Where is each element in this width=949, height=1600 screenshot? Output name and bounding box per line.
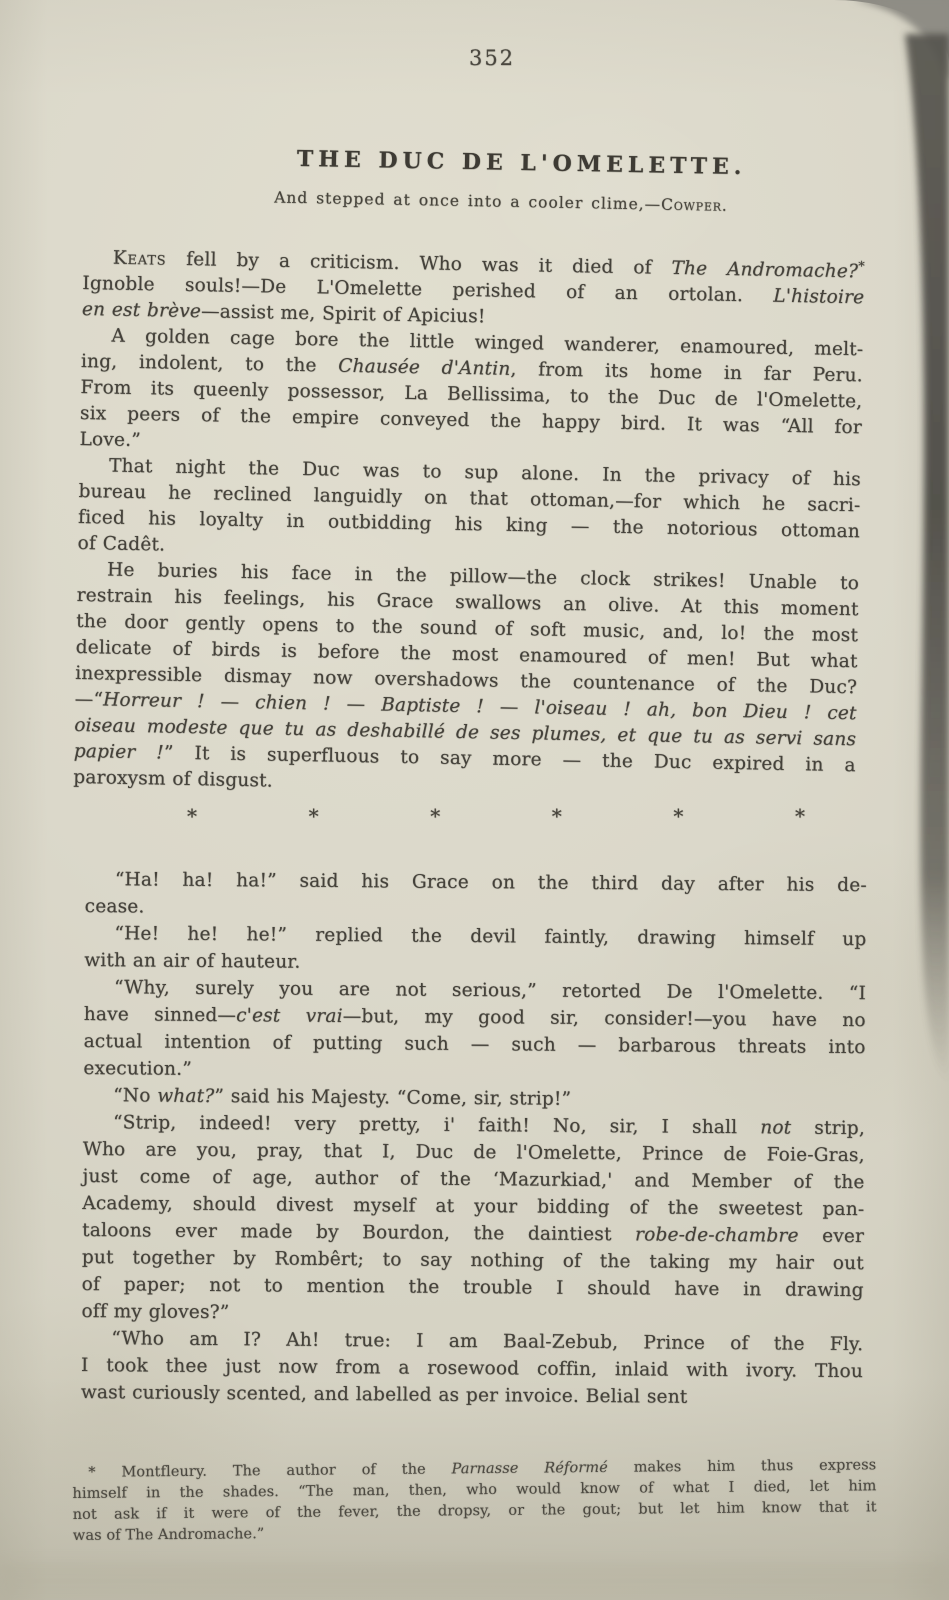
paragraph: * Montfleury. The author of the Parnasse… — [72, 1455, 877, 1547]
text-segment: wast curiously scented, and labelled as … — [81, 1382, 688, 1408]
upper-text-block: THE DUC DE L'OMELETTE. And stepped at on… — [73, 142, 867, 805]
text-segment: cease. — [85, 896, 145, 917]
text-segment: Academy, should divest myself at your bi… — [82, 1193, 864, 1220]
text-segment: Who are you, pray, that I, Duc de l'Omel… — [83, 1139, 865, 1166]
paragraph: That night the Duc was to sup alone. In … — [77, 453, 861, 571]
text-segment: —“ — [75, 689, 104, 711]
text-segment: execution.” — [83, 1058, 192, 1080]
body-text-section-a: Keats fell by a criticism. Who was it di… — [73, 240, 865, 805]
text-segment: “Who am I? Ah! true: I am Baal-Zebub, Pr… — [111, 1328, 863, 1355]
text-segment: actual intention of putting such — such … — [84, 1031, 866, 1058]
footnote: * Montfleury. The author of the Parnasse… — [72, 1455, 877, 1547]
text-segment: , from its home in far Peru. — [510, 359, 863, 386]
text-segment: papier ! — [74, 741, 164, 764]
asterisk-separator: ****** — [187, 803, 805, 829]
text-segment: “He! he! he!” replied the devil faintly,… — [114, 923, 866, 950]
text-segment: . — [722, 197, 728, 215]
text-segment: The Andromache? — [671, 258, 858, 282]
text-segment: strip, — [791, 1118, 865, 1140]
paragraph: He buries his face in the pillow—the clo… — [73, 557, 859, 805]
asterisk: * — [430, 804, 440, 828]
text-segment: And stepped at once into a cooler clime,… — [274, 188, 661, 213]
paragraph: A golden cage bore the little winged wan… — [79, 323, 863, 467]
text-segment: I took thee just now from a rosewood cof… — [81, 1355, 863, 1382]
paragraph: Keats fell by a criticism. Who was it di… — [82, 240, 865, 337]
text-segment: “Strip, indeed! very pretty, i' faith! N… — [113, 1112, 760, 1138]
text-segment: of Cadêt. — [77, 533, 165, 556]
paragraph: “Ha! ha! ha!” said his Grace on the thir… — [85, 866, 867, 926]
text-segment: put together by Rombêrt; to say nothing … — [82, 1247, 864, 1274]
text-segment: Keats — [113, 248, 167, 270]
text-segment: c'est vrai — [236, 1005, 343, 1027]
body-text-section-b: “Ha! ha! ha!” said his Grace on the thir… — [81, 866, 867, 1412]
text-segment: taloons ever made by Bourdon, the dainti… — [82, 1220, 635, 1245]
text-segment: makes him thus express — [608, 1457, 877, 1476]
story-title: THE DUC DE L'OMELETTE. — [131, 143, 913, 183]
text-segment: L'histoire — [773, 286, 864, 309]
text-segment: “Why, surely you are not serious,” retor… — [114, 977, 866, 1004]
text-segment: ing, indolent, to the — [81, 351, 339, 377]
asterisk: * — [673, 804, 683, 828]
text-segment: ” said his Majesty. “Come, sir, strip!” — [214, 1086, 571, 1110]
text-segment: * Montfleury. The author of the — [88, 1462, 451, 1481]
text-segment: not — [760, 1117, 791, 1138]
text-segment: paroxysm of disgust. — [73, 767, 273, 792]
text-segment: —but, my good sir, consider!—you have no — [343, 1006, 866, 1031]
text-segment: with an air of hauteur. — [84, 950, 300, 973]
text-segment: robe-de-chambre — [635, 1224, 799, 1246]
paragraph: “Who am I? Ah! true: I am Baal-Zebub, Pr… — [81, 1325, 864, 1412]
paragraph: “Why, surely you are not serious,” retor… — [83, 974, 866, 1088]
photo-of-book-page: { "page": { "number": "352", "title": "T… — [0, 0, 949, 1600]
text-segment: Chausée d'Antin — [338, 356, 511, 380]
text-segment: Parnasse Réformé — [452, 1460, 608, 1477]
text-segment: “No — [113, 1085, 157, 1106]
page-content: 352 THE DUC DE L'OMELETTE. And stepped a… — [85, 46, 867, 1547]
text-segment: “Ha! ha! ha!” said his Grace on the thir… — [115, 869, 867, 896]
text-segment: —assist me, Spirit of Apicius! — [201, 301, 486, 327]
paragraph: “He! he! he!” replied the devil faintly,… — [84, 920, 866, 980]
text-segment: have sinned— — [84, 1004, 236, 1026]
text-segment: en est brève — [82, 299, 202, 322]
paragraph: “Strip, indeed! very pretty, i' faith! N… — [81, 1109, 865, 1331]
epigraph: And stepped at once into a cooler clime,… — [110, 185, 892, 217]
text-segment: Love.” — [79, 429, 141, 451]
asterisk: * — [187, 804, 197, 828]
text-segment: of paper; not to mention the trouble I s… — [82, 1274, 864, 1301]
asterisk: * — [795, 804, 805, 828]
text-segment: was of The Andromache.” — [73, 1526, 265, 1544]
text-segment: Cowper — [661, 196, 722, 215]
text-segment: just come of age, author of the ‘Mazurki… — [82, 1166, 864, 1193]
text-segment: off my gloves?” — [81, 1301, 229, 1323]
page-number: 352 — [101, 46, 883, 76]
asterisk: * — [309, 804, 319, 828]
asterisk: * — [552, 804, 562, 828]
text-segment: ever — [799, 1226, 865, 1248]
text-segment: what? — [157, 1086, 214, 1107]
text-segment: * — [858, 259, 865, 274]
